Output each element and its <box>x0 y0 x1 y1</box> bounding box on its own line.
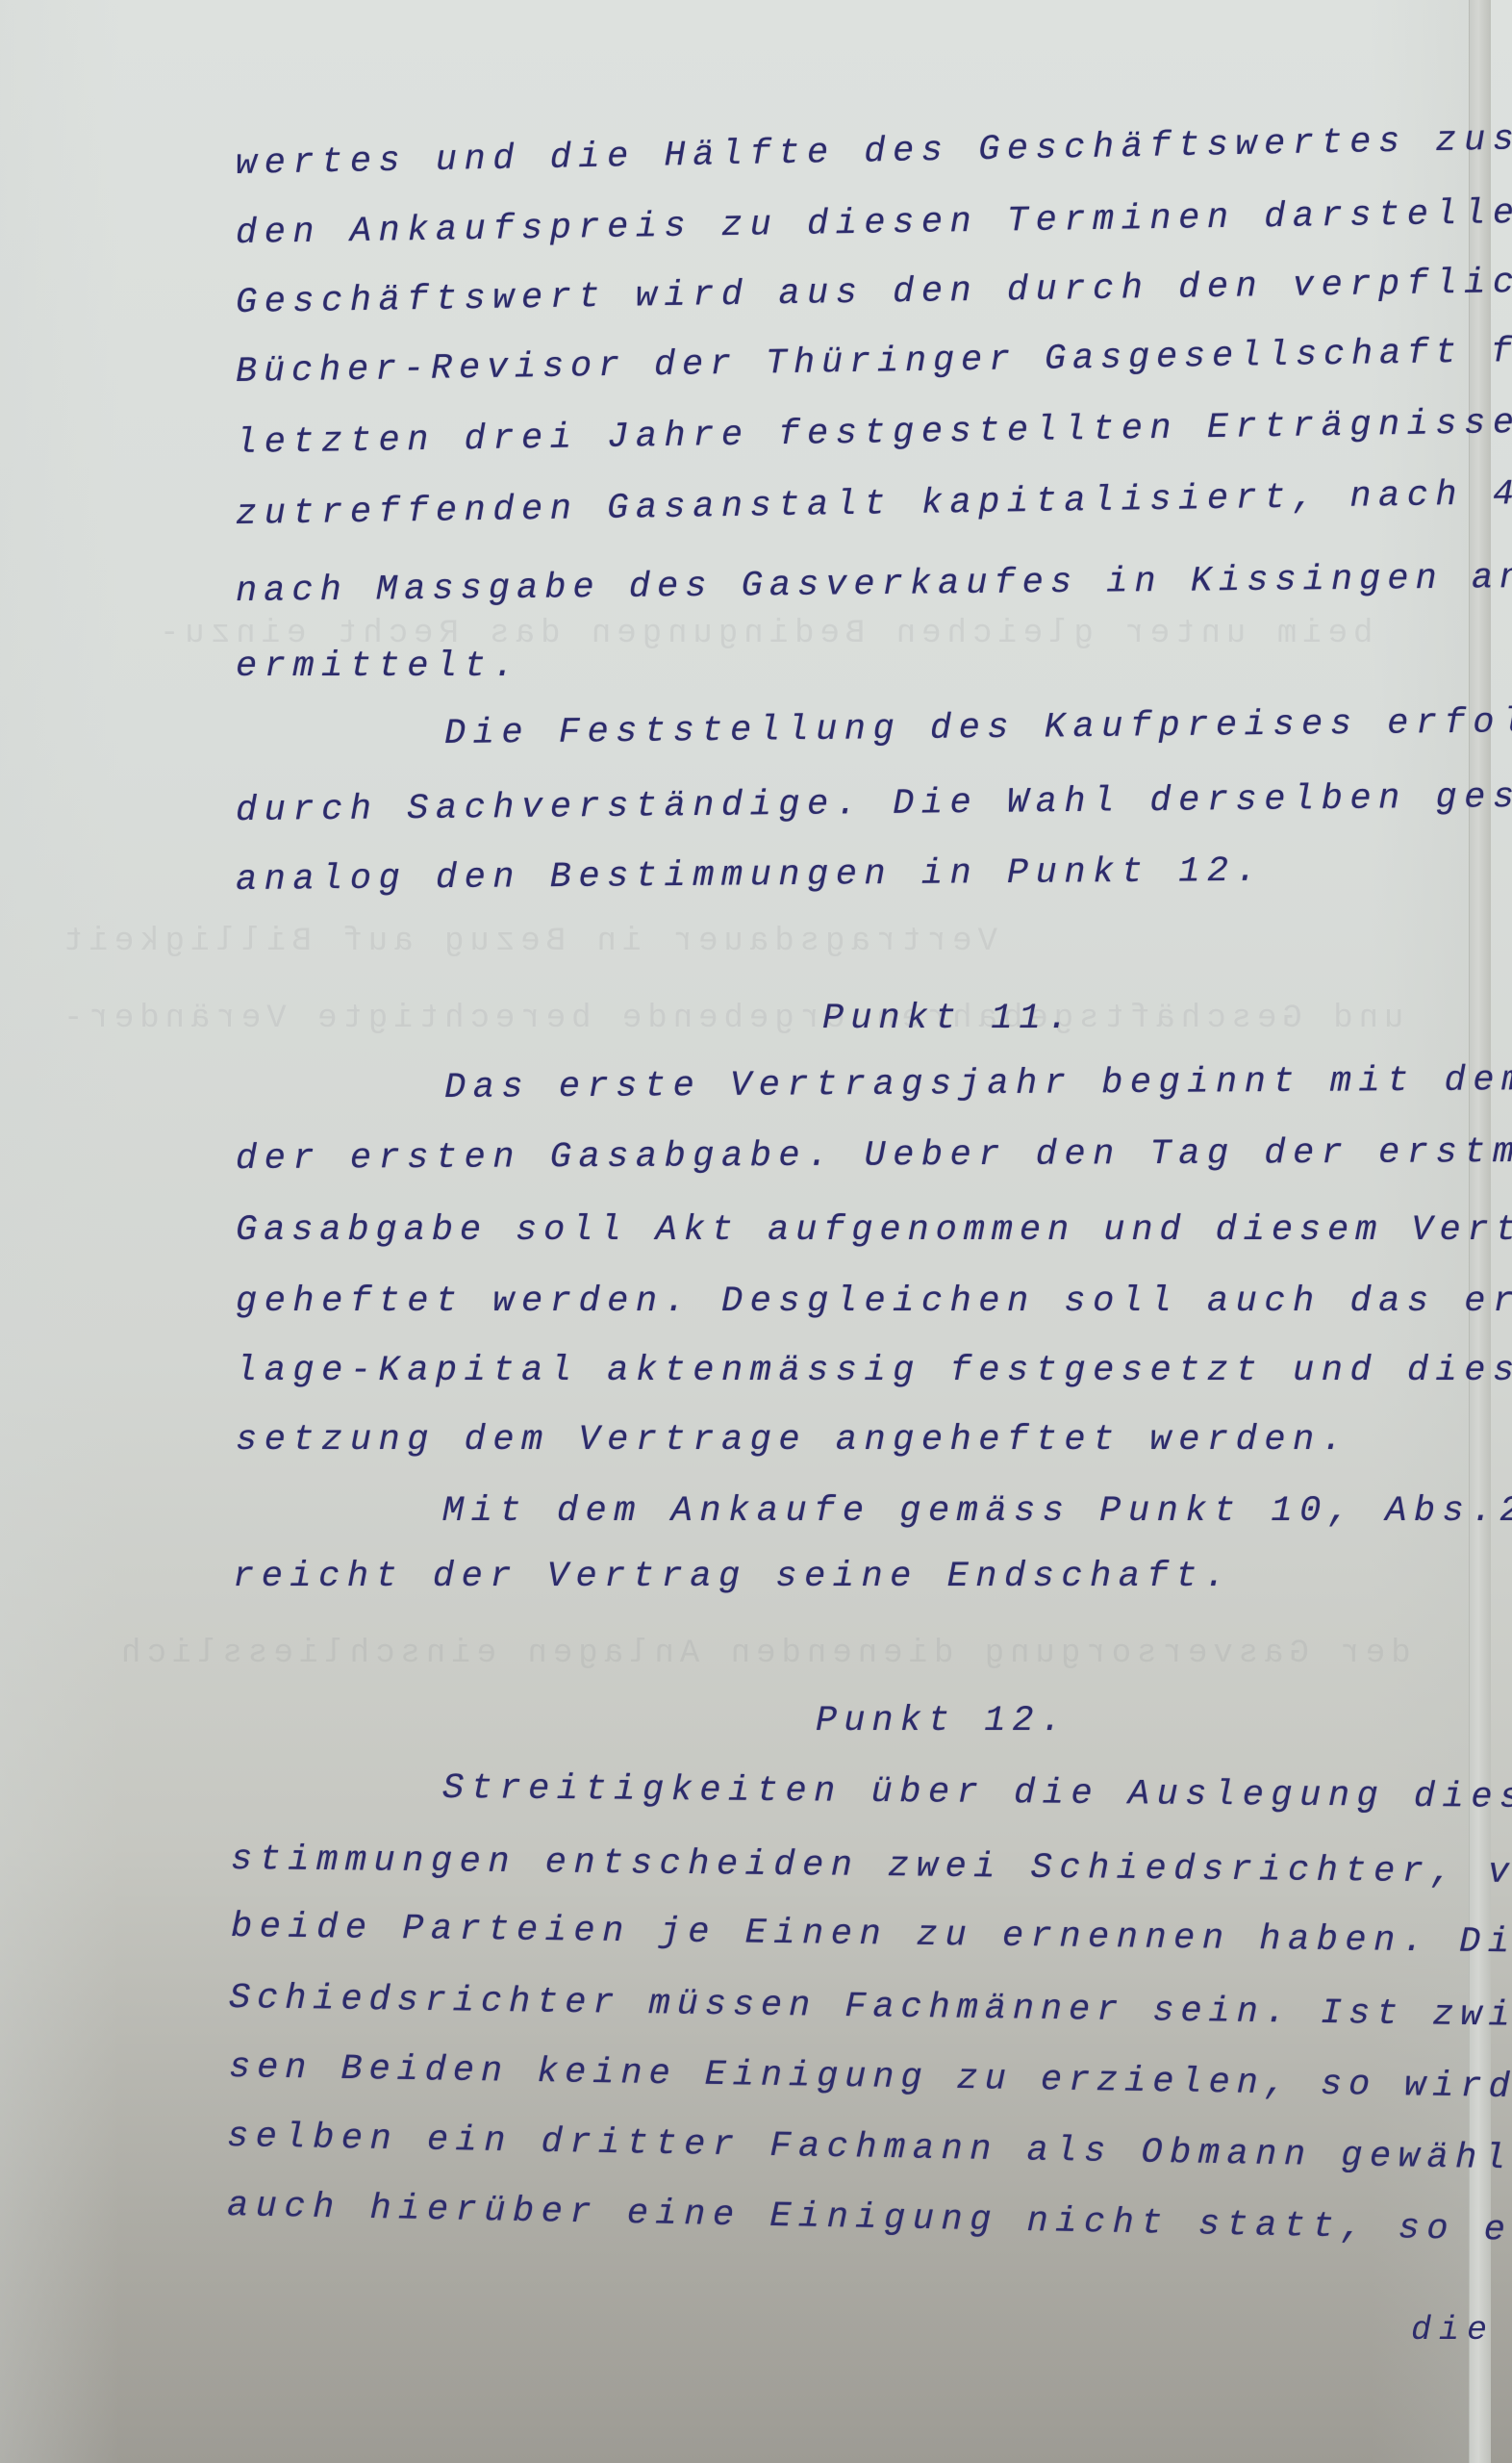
bleed-through-text: Vertragsdauer in Bezug auf Billigkeit <box>58 924 997 960</box>
text-line: lage-Kapital aktenmässig festgesetzt und… <box>236 1351 1512 1391</box>
text-line: ermittelt. <box>236 647 521 687</box>
text-line: Bücher-Revisor der Thüringer Gasgesellsc… <box>236 329 1512 393</box>
text-line: durch Sachverständige. Die Wahl derselbe… <box>236 775 1512 831</box>
text-line: wertes und die Hälfte des Geschäftswerte… <box>236 116 1512 185</box>
text-line: zutreffenden Gasanstalt kapitalisiert, n… <box>236 472 1512 535</box>
text-line: den Ankaufspreis zu diesen Terminen dars… <box>236 190 1512 254</box>
section-heading-punkt-11: Punkt 11. <box>822 999 1075 1039</box>
section-heading-punkt-12: Punkt 12. <box>816 1701 1069 1741</box>
text-line: setzung dem Vertrage angeheftet werden. <box>236 1420 1349 1460</box>
text-line: sen Beiden keine Einigung zu erzielen, s… <box>229 2047 1512 2112</box>
text-line: beide Parteien je Einen zu ernennen habe… <box>231 1907 1512 1964</box>
text-line: geheftet werden. Desgleichen soll auch d… <box>236 1282 1512 1322</box>
text-line: nach Massgabe des Gasverkaufes in Kissin… <box>236 556 1512 612</box>
catchword: die <box>1411 2311 1495 2349</box>
text-line: selben ein dritter Fachmann als Obmann g… <box>227 2117 1512 2184</box>
text-line: stimmungen entscheiden zwei Schiedsricht… <box>231 1840 1512 1895</box>
bleed-through-text: der Gasversorgung dienenden Anlagen eins… <box>115 1636 1411 1672</box>
text-line: Mit dem Ankaufe gemäss Punkt 10, Abs.2, … <box>442 1491 1512 1532</box>
document-page: Vertragsdauer in Bezug auf Billigkeit un… <box>0 0 1491 2463</box>
text-line: reicht der Vertrag seine Endschaft. <box>233 1557 1233 1597</box>
text-line: Die Feststellung des Kaufpreises erfolgt <box>444 702 1512 754</box>
text-line: auch hierüber eine Einigung nicht statt,… <box>227 2186 1512 2254</box>
text-line: letzten drei Jahre festgestellten Erträg… <box>236 401 1512 464</box>
text-line: Geschäftswert wird aus den durch den ver… <box>236 260 1512 323</box>
text-line: Schiedsrichter müssen Fachmänner sein. I… <box>229 1978 1512 2041</box>
text-line: analog den Bestimmungen in Punkt 12. <box>236 851 1265 901</box>
text-line: Gasabgabe soll Akt aufgenommen und diese… <box>236 1210 1512 1251</box>
text-line: Das erste Vertragsjahr beginnt mit dem T… <box>444 1059 1512 1108</box>
text-line: der ersten Gasabgabe. Ueber den Tag der … <box>236 1131 1512 1180</box>
bleed-through-text: und Geschäftsgebahren ergebende berechti… <box>58 1001 1403 1037</box>
text-line: Streitigkeiten über die Auslegung dieser… <box>442 1768 1512 1819</box>
